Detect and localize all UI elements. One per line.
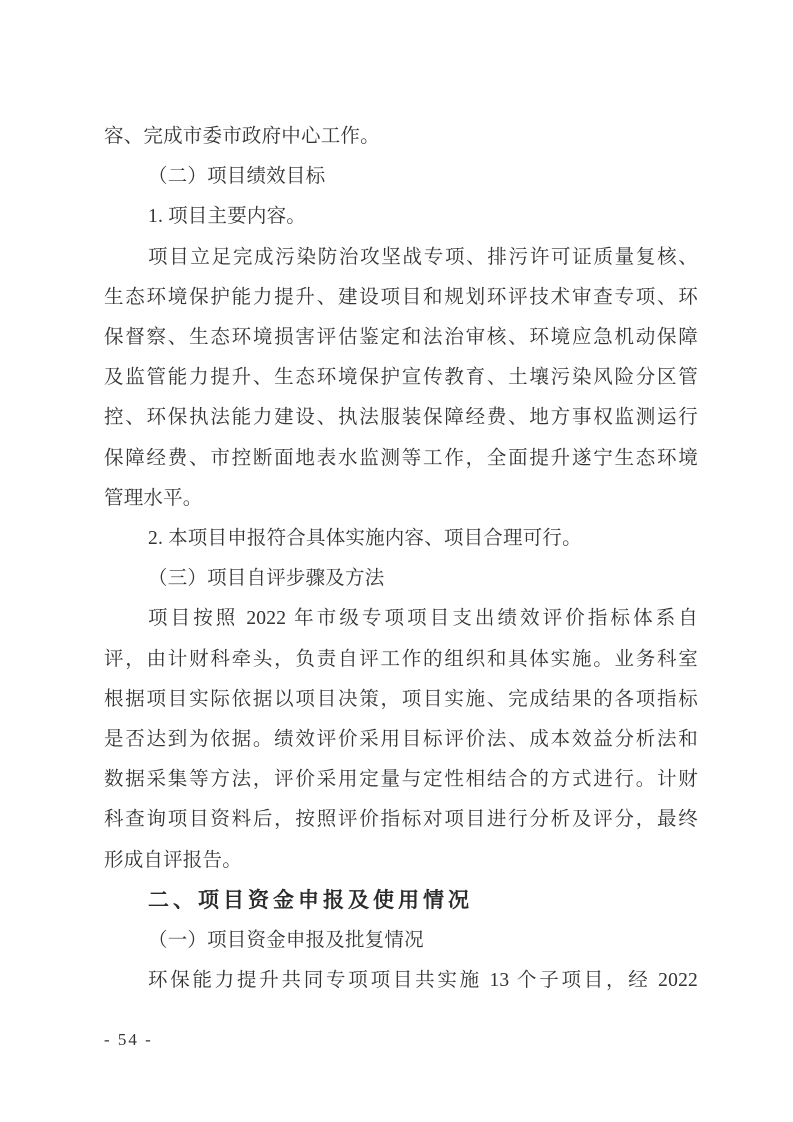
text-line: 保督察、生态环境损害评估鉴定和法治审核、环境应急机动保障 — [104, 318, 698, 358]
paragraph-first-line: 环保能力提升共同专项项目共实施 13 个子项目，经 2022 — [104, 961, 698, 1001]
sub-heading: （一）项目资金申报及批复情况 — [104, 921, 698, 961]
document-body: 容、完成市委市政府中心工作。 （二）项目绩效目标 1. 项目主要内容。 项目立足… — [104, 117, 698, 1001]
document-page: 容、完成市委市政府中心工作。 （二）项目绩效目标 1. 项目主要内容。 项目立足… — [0, 0, 793, 1122]
section-heading: 二、项目资金申报及使用情况 — [104, 881, 698, 921]
numbered-item: 1. 项目主要内容。 — [104, 197, 698, 237]
text-line: 及监管能力提升、生态环境保护宣传教育、土壤污染风险分区管 — [104, 358, 698, 398]
text-line: 控、环保执法能力建设、执法服装保障经费、地方事权监测运行 — [104, 398, 698, 438]
page-number: - 54 - — [104, 1030, 153, 1050]
sub-heading: （三）项目自评步骤及方法 — [104, 559, 698, 599]
text-line: 管理水平。 — [104, 479, 698, 519]
text-line: 保障经费、市控断面地表水监测等工作，全面提升遂宁生态环境 — [104, 439, 698, 479]
text-line: 评，由计财科牵头，负责自评工作的组织和具体实施。业务科室 — [104, 640, 698, 680]
sub-heading: （二）项目绩效目标 — [104, 157, 698, 197]
text-line: 科查询项目资料后，按照评价指标对项目进行分析及评分，最终 — [104, 800, 698, 840]
text-line: 生态环境保护能力提升、建设项目和规划环评技术审查专项、环 — [104, 278, 698, 318]
text-line: 是否达到为依据。绩效评价采用目标评价法、成本效益分析法和 — [104, 720, 698, 760]
paragraph-first-line: 项目立足完成污染防治攻坚战专项、排污许可证质量复核、 — [104, 238, 698, 278]
numbered-item: 2. 本项目申报符合具体实施内容、项目合理可行。 — [104, 519, 698, 559]
text-line: 容、完成市委市政府中心工作。 — [104, 117, 698, 157]
text-line: 数据采集等方法，评价采用定量与定性相结合的方式进行。计财 — [104, 760, 698, 800]
paragraph-first-line: 项目按照 2022 年市级专项项目支出绩效评价指标体系自 — [104, 599, 698, 639]
text-line: 形成自评报告。 — [104, 841, 698, 881]
text-line: 根据项目实际依据以项目决策，项目实施、完成结果的各项指标 — [104, 680, 698, 720]
